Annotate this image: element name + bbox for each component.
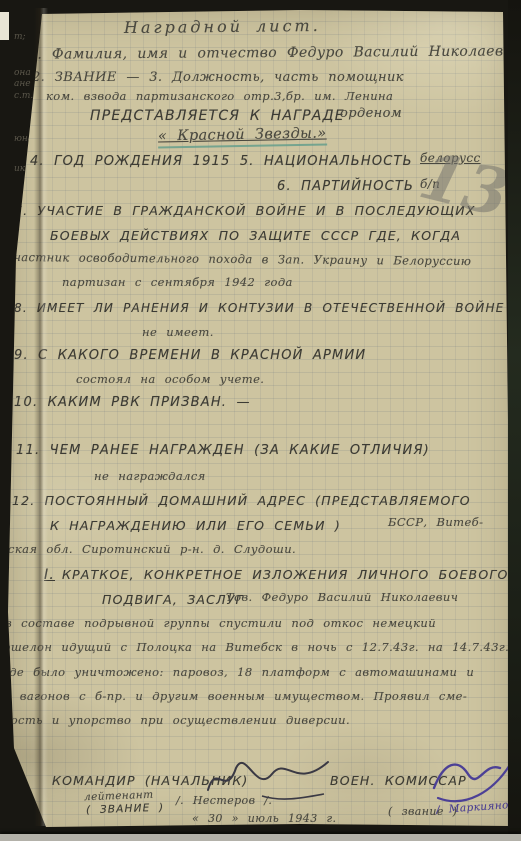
doc-line-answer7b: партизан с сентября 1942 года [62, 276, 293, 289]
doc-line-field12a: 12. ПОСТОЯННЫЙ ДОМАШНИЙ АДРЕС (ПРЕДСТАВЛ… [12, 494, 471, 508]
doc-line-field7a: 7. УЧАСТИЕ В ГРАЖДАНСКОЙ ВОЙНЕ И В ПОСЛЕ… [14, 204, 476, 218]
doc-line-section1-title-a: КРАТКОЕ, КОНКРЕТНОЕ ИЗЛОЖЕНИЯ ЛИЧНОГО БО… [62, 568, 509, 582]
doc-line-award-heading: ПРЕДСТАВЛЯЕТСЯ К НАГРАДЕ [90, 108, 345, 124]
scanned-award-document: т;онаанес.т.юнаик Наградной лист.1. Фами… [0, 0, 521, 841]
doc-line-address-a: БССР, Витеб- [388, 516, 483, 529]
doc-line-date-line: « 30 » июль 1943 г. [192, 813, 336, 826]
doc-line-section1-num: I. [44, 567, 55, 583]
edge-text-fragment: она [14, 68, 31, 78]
doc-line-feat-5: лость и упорство при осуществлении дивер… [3, 714, 350, 727]
doc-line-answer11: не награждался [94, 470, 206, 483]
doc-line-commander-rank: лейтенант [84, 789, 154, 803]
award-sheet-paper: Наградной лист.1. Фамилия, имя и отчеств… [0, 0, 521, 841]
doc-line-unit: ком. взвода партизанского отр.3,бр. им. … [46, 90, 393, 103]
doc-line-field7b: БОЕВЫХ ДЕЙСТВИЯХ ПО ЗАЩИТЕ СССР ГДЕ, КОГ… [50, 229, 461, 243]
pencil-page-number: 13 [412, 138, 517, 232]
doc-line-title: Наградной лист. [124, 17, 321, 37]
edge-text-fragment: ик [14, 164, 25, 174]
doc-line-field4-5: 4. ГОД РОЖДЕНИЯ 1915 5. НАЦИОНАЛЬНОСТЬ [30, 155, 413, 170]
doc-line-field1: 1. Фамилия, имя и отчество Федуро Васили… [28, 43, 521, 63]
doc-line-award-heading-suffix: орденом [340, 107, 402, 122]
edge-text-fragment: ане [14, 79, 31, 89]
doc-line-answer7a: Участник освободительного похода в Зап. … [5, 251, 471, 268]
doc-line-feat-intro: Тов. Федуро Василий Николаевич [226, 591, 458, 604]
doc-line-field10: 10. КАКИМ РВК ПРИЗВАН. — [14, 396, 251, 411]
edge-text-fragment: т; [14, 32, 26, 42]
doc-line-answer9: состоял на особом учете. [76, 373, 264, 386]
doc-line-field11: 11. ЧЕМ РАНЕЕ НАГРАЖДЕН (ЗА КАКИЕ ОТЛИЧИ… [16, 444, 430, 459]
commander-signature [202, 754, 334, 806]
doc-line-award-name: « Красной Звезды.» [158, 126, 327, 149]
scanner-bed-strip [0, 834, 521, 841]
doc-line-field2-3: 2. ЗВАНИЕ — 3. Должность, часть помощник [32, 71, 404, 86]
commissar-signature [426, 748, 518, 806]
doc-line-feat-1: в составе подрывной группы спустили под … [5, 617, 436, 630]
doc-line-feat-2: эшелон идущий с Полоцка на Витебск в ноч… [4, 641, 509, 654]
doc-line-feat-4: 5 вагонов с б-пр. и другим военным имуще… [3, 690, 467, 703]
doc-line-field8: 8. ИМЕЕТ ЛИ РАНЕНИЯ И КОНТУЗИИ В ОТЕЧЕСТ… [14, 302, 504, 316]
doc-line-field6: 6. ПАРТИЙНОСТЬ [277, 180, 414, 195]
doc-line-feat-3: где было уничтожено: паровоз, 18 платфор… [3, 666, 474, 679]
doc-line-answer8: не имеет. [142, 326, 214, 339]
doc-line-commander-rank-caption: ( ЗВАНИЕ ) [86, 802, 165, 817]
doc-line-section1-title-b: ПОДВИГА, ЗАСЛУГ [102, 593, 244, 607]
doc-line-field12b: К НАГРАЖДЕНИЮ ИЛИ ЕГО СЕМЬИ ) [50, 519, 341, 533]
edge-text-fragment: с.т. [14, 91, 33, 101]
doc-line-field9: 9. С КАКОГО ВРЕМЕНИ В КРАСНОЙ АРМИИ [14, 349, 366, 364]
doc-line-address-b: ская обл. Сиротинский р-н. д. Слудоши. [8, 543, 296, 556]
